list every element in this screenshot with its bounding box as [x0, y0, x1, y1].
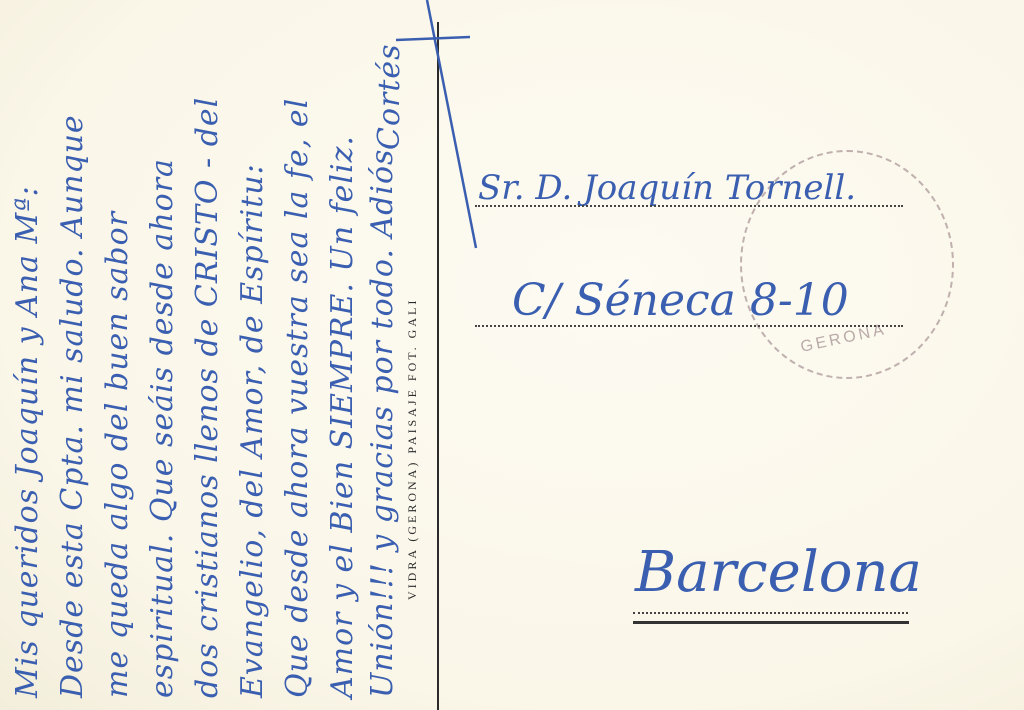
- printed-caption: VIDRA (GERONA) PAISAJE FOT. GALI: [405, 298, 420, 600]
- address-line-1: Sr. D. Joaquín Tornell.: [478, 168, 856, 208]
- signature: Cortés: [372, 43, 407, 150]
- message-line: Amor y el Bien SIEMPRE. Un feliz.: [325, 135, 360, 698]
- postcard: GERONA Mis queridos Joaquín y Ana Mª: De…: [0, 0, 1024, 710]
- message-line: me queda algo del buen sabor: [100, 211, 135, 698]
- address-dotted-line: [633, 612, 908, 614]
- message-line: Que desde ahora vuestra sea la fe, el: [280, 98, 315, 698]
- address-underline: [633, 621, 909, 624]
- message-line: Unión!!! y gracias por todo. Adiós: [365, 149, 400, 698]
- address-line-2: C/ Séneca 8-10: [512, 275, 849, 326]
- address-line-3: Barcelona: [635, 540, 922, 605]
- message-line: Mis queridos Joaquín y Ana Mª:: [10, 185, 45, 698]
- message-area: Mis queridos Joaquín y Ana Mª: Desde est…: [0, 0, 440, 710]
- divider-line: [437, 22, 439, 710]
- message-line: Evangelio, del Amor, de Espíritu:: [235, 163, 270, 698]
- message-line: Desde esta Cpta. mi saludo. Aunque: [55, 114, 90, 698]
- message-line: espiritual. Que seáis desde ahora: [145, 158, 180, 698]
- address-dotted-line: [475, 205, 903, 207]
- address-dotted-line: [475, 325, 903, 327]
- message-line: dos cristianos llenos de CRISTO - del: [190, 97, 225, 698]
